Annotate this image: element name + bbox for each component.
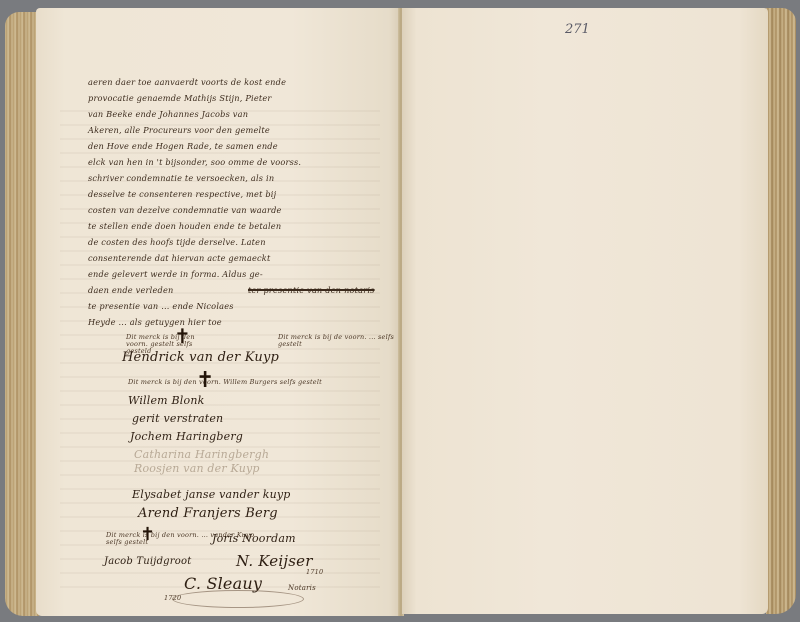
body-line: costen van dezelve condemnatie van waard… (88, 205, 282, 215)
body-line: daen ende verleden (88, 285, 173, 295)
signature: Joris Noordam (212, 532, 296, 545)
signature: Elysabet janse vander kuyp (132, 488, 291, 501)
body-line: de costen des hoofs tijde derselve. Late… (88, 237, 266, 247)
body-line: schriver condemnatie te versoecken, als … (88, 173, 274, 183)
notary-title: Notaris (288, 584, 316, 592)
signature: Arend Franjers Berg (138, 506, 278, 521)
annotation: 1710 (306, 568, 323, 576)
struck-text: ter presentie van den notaris (248, 285, 375, 295)
body-line: provocatie genaemde Mathijs Stijn, Piete… (88, 93, 272, 103)
faded-text: Roosjen van der Kuyp (134, 462, 260, 475)
body-line: ende gelevert werde in forma. Aldus ge- (88, 269, 263, 279)
body-line: van Beeke ende Johannes Jacobs van (88, 109, 248, 119)
folio-number: 271 (565, 22, 590, 37)
body-line: aeren daer toe aanvaerdt voorts de kost … (88, 77, 286, 87)
body-line: consenterende dat hiervan acte gemaeckt (88, 253, 270, 263)
signature: N. Keijser (236, 552, 313, 570)
cross-mark-icon: ✝ (140, 524, 155, 545)
body-line: den Hove ende Hogen Rade, te samen ende (88, 141, 278, 151)
right-page-blank (402, 8, 768, 614)
body-line: elck van hen in 't bijsonder, soo omme d… (88, 157, 301, 167)
faded-text: Catharina Haringbergh (134, 448, 269, 461)
signature: Hendrick van der Kuyp (122, 350, 279, 365)
book-edge-right (766, 8, 796, 614)
scan-background: 271 aeren daer toe aanvaerdt voorts de k… (0, 0, 800, 622)
body-line: te presentie van ... ende Nicolaes (88, 301, 234, 311)
notary-flourish (172, 590, 304, 608)
body-line: Heyde ... als getuygen hier toe (88, 317, 222, 327)
signature: Jochem Haringberg (130, 430, 243, 443)
signature: Willem Blonk (128, 394, 204, 407)
signature: Jacob Tuijdgroot (104, 556, 191, 567)
cross-mark-icon: ✝ (196, 368, 214, 393)
signature: gerit verstraten (132, 412, 223, 425)
mark-note: Dit merck is bij den voorn. Willem Burge… (128, 378, 322, 386)
cross-mark-icon: ✝ (174, 324, 191, 348)
body-line: Akeren, alle Procureurs voor den gemelte (88, 125, 270, 135)
mark-note: Dit merck is bij de voorn. ... selfs ges… (278, 334, 398, 348)
body-line: te stellen ende doen houden ende te beta… (88, 221, 281, 231)
body-line: desselve te consenteren respective, met … (88, 189, 276, 199)
book-edge-left (5, 12, 39, 616)
